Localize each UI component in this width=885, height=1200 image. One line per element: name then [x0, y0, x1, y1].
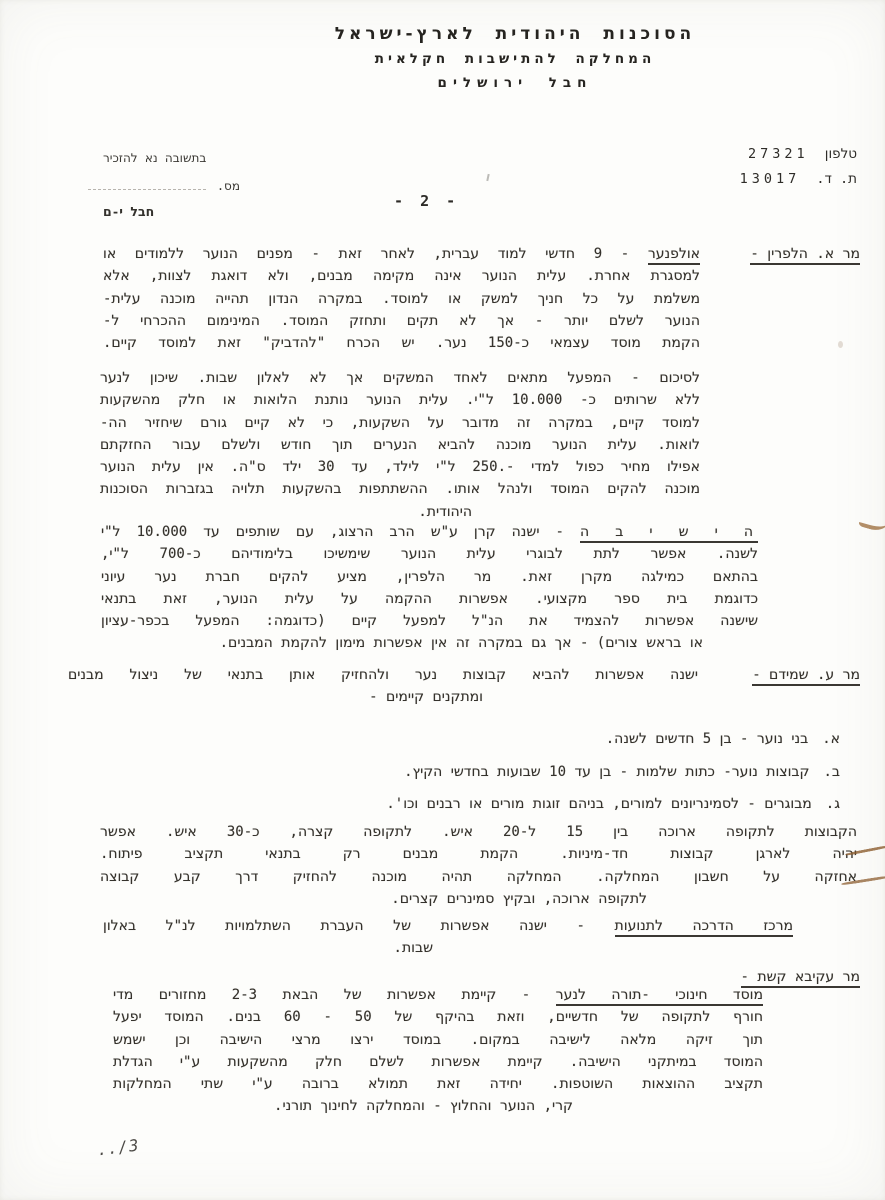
text-line: לתקופה ארוכה, ובקיץ סמינרים קצרים.	[100, 888, 647, 910]
groups-terms-text: הקבוצות לתקופה ארוכה בין 15 ל-20 איש. לת…	[100, 821, 857, 910]
text-line: אפילו מחיר כפול למדי ‎250.-‎ ל"י לילד, ע…	[100, 456, 700, 478]
section-yeshiva-text: ה י ש י ב ה - ישנה קרן ע"ש הרב הרצוג, עם…	[101, 521, 758, 655]
page-number: - 2 -	[394, 192, 459, 210]
phone-number: 27321	[748, 146, 809, 162]
pob-number: 13017	[740, 171, 801, 187]
text-line: לואות. עלית הנוער מוכנה להביא הנערים תוך…	[100, 434, 700, 456]
lead-underlined: אולפנער	[648, 246, 700, 265]
text-line: ה י ש י ב ה - ישנה קרן ע"ש הרב הרצוג, עם…	[101, 521, 758, 543]
section-shmidam-text: ישנה אפשרות להביא קבוצות נער ולהחזיק אות…	[68, 664, 698, 709]
text-line: או בראש צורים) - אך גם במקרה זה אין אפשר…	[101, 632, 703, 654]
section-summary-text: לסיכום - המפעל מתאים לאחד המשקים אך לא ל…	[100, 367, 700, 523]
list-item: ג.מבוגרים - לסמינריונים למורים, בניהם זו…	[100, 793, 840, 815]
phone-line: טלפון 27321	[740, 146, 857, 162]
text-line: תקציב ההוצאות השוטפות. יחידה זאת תמולא ב…	[113, 1073, 763, 1095]
text-line: אולפנער - 9 חדשי למוד עברית, לאחר זאת - …	[103, 243, 700, 265]
text-line: שישנה אפשרות להצמיד את הנ"ל למפעל קיים (…	[101, 610, 758, 632]
text-line: ישנה אפשרות להביא קבוצות נער ולהחזיק אות…	[68, 664, 698, 686]
margin-header-halperin: מר א. הלפרין -	[698, 243, 860, 265]
list-letter: ב.	[823, 764, 840, 780]
text-line: למסגרת אחרת. עלית הנוער אינה מקימה מבנים…	[103, 265, 700, 287]
scan-artifact	[486, 174, 489, 181]
scan-artifact	[838, 341, 843, 348]
region-name: חבל ירושלים	[180, 75, 850, 91]
org-name: הסוכנות היהודית לארץ-ישראל	[180, 24, 850, 44]
pob-label: ת. ד.	[816, 171, 857, 187]
youth-groups-list: א.בני נוער - בן 5 חדשים לשנה. ב.קבוצות נ…	[100, 728, 840, 826]
text-line: ומתקנים קיימים -	[68, 686, 483, 708]
text-line: כדוגמת בית ספר מקצועי. אפשרות ההקמה על ע…	[101, 588, 758, 610]
text-line: ללא שרותים כ- 10.000 ל"י. עלית הנוער נות…	[100, 389, 700, 411]
continuation-mark: 3/..	[96, 1135, 141, 1159]
text-line: קרי, הנוער והחלוץ - והמחלקה לחינוך תורני…	[113, 1095, 573, 1117]
contact-block: טלפון 27321 ת. ד. 13017	[740, 146, 857, 196]
text-line: מוכנה להקים המוסד ולנהל אותו. ההשתתפות ב…	[100, 478, 700, 500]
text-line: שבות.	[103, 937, 433, 959]
lead-underlined: מרכז הדרכה לתנועות	[615, 918, 793, 937]
text-line: חורף לתקופה של חדשיים, וזאת בהיקף של 50 …	[113, 1006, 763, 1028]
section-halperin-text: אולפנער - 9 חדשי למוד עברית, לאחר זאת - …	[103, 243, 700, 354]
ref-dotted-line	[88, 180, 206, 190]
text-line: לשנה. אפשר לתת לבוגרי עלית הנוער שימשיכו…	[101, 543, 758, 565]
list-letter: א.	[822, 731, 840, 747]
text-line: תוך זיקה מלאה לישיבה במקום. במוסד ירצו מ…	[113, 1029, 763, 1051]
list-item: ב.קבוצות נוער- כתות שלמות - בן עד 10 שבו…	[100, 761, 840, 783]
section-keshet-text: מוסד חינוכי -תורה לנער - קיימת אפשרות של…	[113, 984, 763, 1118]
lead-underlined: ה י ש י ב ה	[580, 524, 758, 543]
text-line: לסיכום - המפעל מתאים לאחד המשקים אך לא ל…	[100, 367, 700, 389]
text-line: מרכז הדרכה לתנועות - ישנה אפשרות של העבר…	[103, 915, 793, 937]
text-line: המוסד במיתקני הישיבה. קיימת אפשרות לשלם …	[113, 1051, 763, 1073]
text-line: הקבוצות לתקופה ארוכה בין 15 ל-20 איש. לת…	[100, 821, 857, 843]
text-line: הקמת מוסד עצמאי כ-150 נער. יש הכרח "להדב…	[103, 332, 700, 354]
ref-label: מס.	[217, 179, 240, 193]
scan-artifact	[858, 508, 885, 533]
scanned-letter-page: הסוכנות היהודית לארץ-ישראל המחלקה להתישב…	[0, 0, 885, 1200]
dept-name: המחלקה להתישבות חקלאית	[180, 51, 850, 67]
text-line: היהודית.	[100, 501, 472, 523]
text-line: אחזקה על חשבון המחלקה. המחלקה תהיה מוכנה…	[100, 866, 857, 888]
text-line: למוסד קיים, במקרה זה מדובר על השקעות, כי…	[100, 412, 700, 434]
list-letter: ג.	[826, 796, 840, 812]
pob-line: ת. ד. 13017	[740, 171, 857, 187]
training-center-text: מרכז הדרכה לתנועות - ישנה אפשרות של העבר…	[103, 915, 793, 960]
text-line: מוסד חינוכי -תורה לנער - קיימת אפשרות של…	[113, 984, 763, 1006]
phone-label: טלפון	[825, 146, 857, 162]
text-line: יהיה לארגן קבוצות חד-מיניות. הקמת מבנים …	[100, 843, 857, 865]
text-line: משלמת על כל חניך למשק או למוסד. במקרה הנ…	[103, 288, 700, 310]
lead-underlined: מוסד חינוכי -תורה לנער	[556, 987, 763, 1006]
letterhead: הסוכנות היהודית לארץ-ישראל המחלקה להתישב…	[180, 24, 850, 91]
ref-region: חבל י-ם	[103, 204, 154, 219]
list-item: א.בני נוער - בן 5 חדשים לשנה.	[100, 728, 840, 750]
text-line: בהתאם כמילגה מקרן זאת. מר הלפרין, מציע ל…	[101, 566, 758, 588]
reply-note: בתשובה נא להזכיר	[103, 151, 206, 165]
reference-number-row: מס.	[65, 179, 240, 193]
text-line: הנוער לשלם יותר - אך לא תקים ותחזק המוסד…	[103, 310, 700, 332]
margin-header-shmidam: מר ע. שמידם -	[698, 664, 860, 686]
